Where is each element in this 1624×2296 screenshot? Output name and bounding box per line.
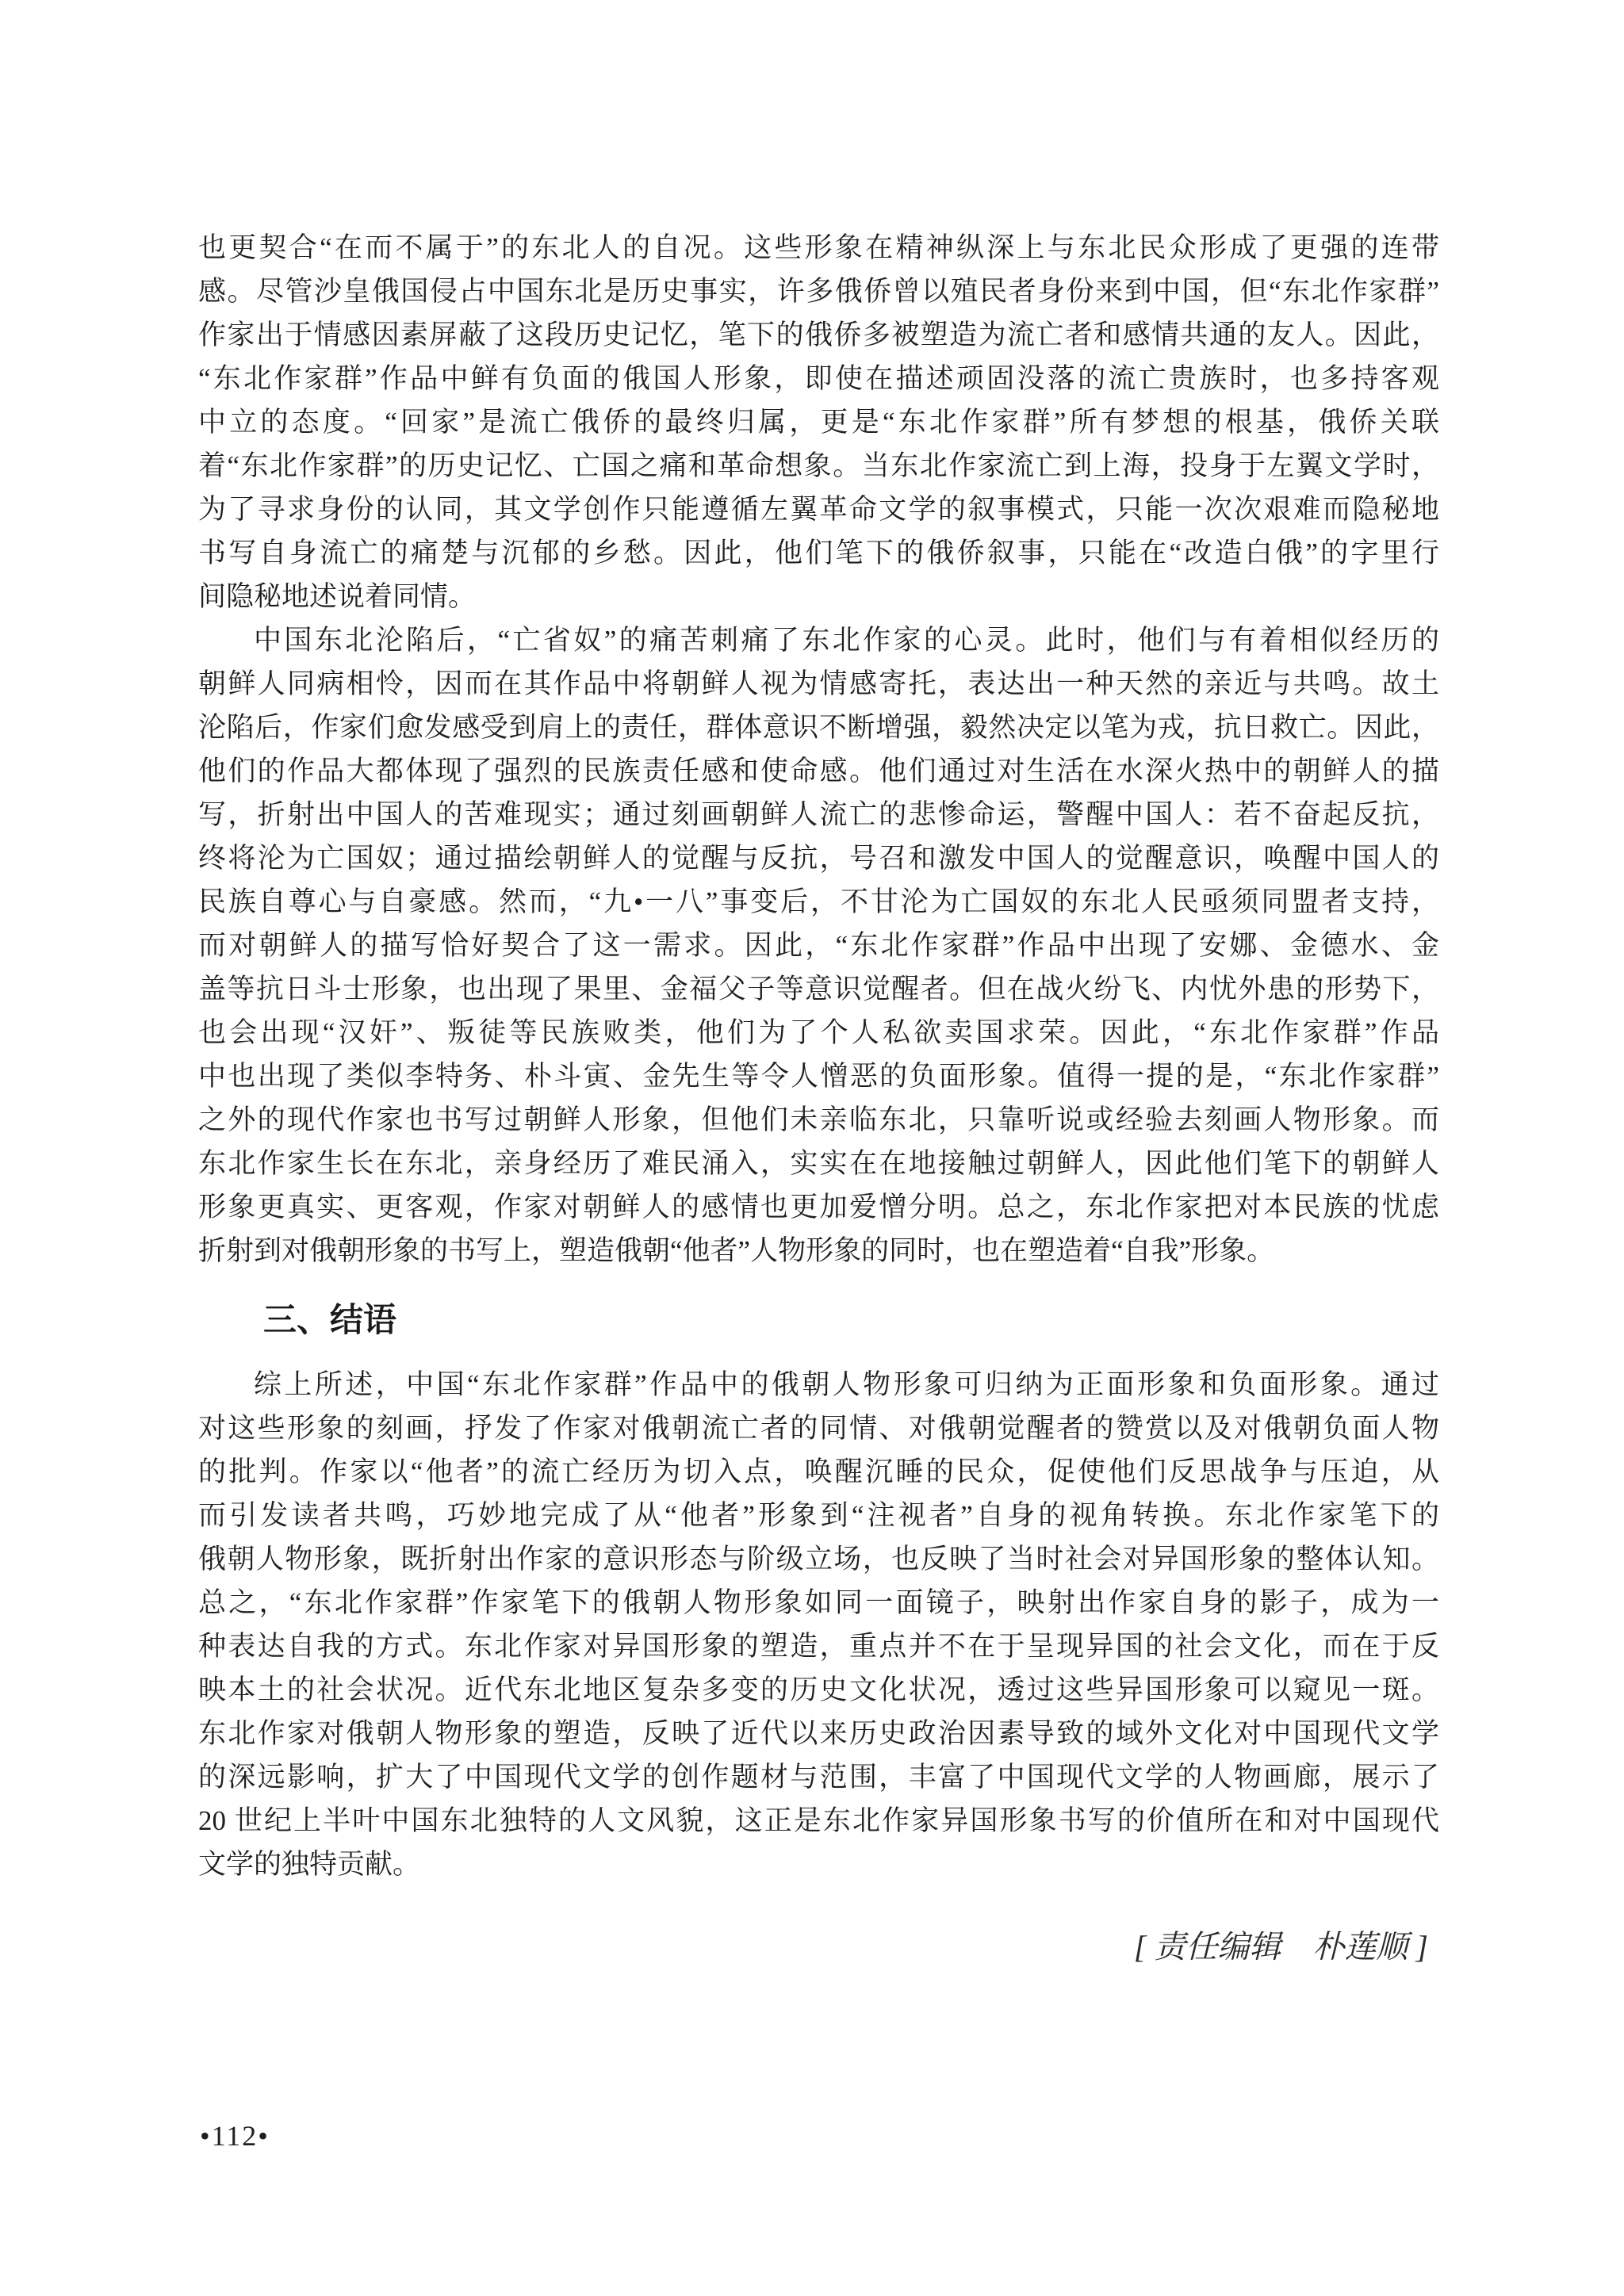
editor-credit: [ 责任编辑 朴莲顺 ] <box>198 1927 1439 1967</box>
text-line: 民族自尊心与自豪感。然而，“九•一八”事变后，不甘沦为亡国奴的东北人民亟须同盟者… <box>198 880 1439 924</box>
text-line: 终将沦为亡国奴；通过描绘朝鲜人的觉醒与反抗，号召和激发中国人的觉醒意识，唤醒中国… <box>198 836 1439 880</box>
text-line: 中也出现了类似李特务、朴斗寅、金先生等令人憎恶的负面形象。值得一提的是，“东北作… <box>198 1054 1439 1098</box>
body-paragraph: 也更契合“在而不属于”的东北人的自况。这些形象在精神纵深上与东北民众形成了更强的… <box>198 226 1439 618</box>
text-line: 作家出于情感因素屏蔽了这段历史记忆，笔下的俄侨多被塑造为流亡者和感情共通的友人。… <box>198 313 1439 357</box>
text-line: 俄朝人物形象，既折射出作家的意识形态与阶级立场，也反映了当时社会对异国形象的整体… <box>198 1537 1439 1581</box>
section-heading: 三、结语 <box>198 1298 1439 1342</box>
text-line: 中国东北沦陷后，“亡省奴”的痛苦刺痛了东北作家的心灵。此时，他们与有着相似经历的 <box>198 618 1439 662</box>
text-line: 沦陷后，作家们愈发感受到肩上的责任，群体意识不断增强，毅然决定以笔为戎，抗日救亡… <box>198 706 1439 749</box>
text-line: 对这些形象的刻画，抒发了作家对俄朝流亡者的同情、对俄朝觉醒者的赞赏以及对俄朝负面… <box>198 1406 1439 1450</box>
text-line: 盖等抗日斗士形象，也出现了果里、金福父子等意识觉醒者。但在战火纷飞、内忧外患的形… <box>198 967 1439 1011</box>
text-line: 也更契合“在而不属于”的东北人的自况。这些形象在精神纵深上与东北民众形成了更强的… <box>198 226 1439 270</box>
text-line: 间隐秘地述说着同情。 <box>198 575 1439 618</box>
text-line: 东北作家对俄朝人物形象的塑造，反映了近代以来历史政治因素导致的域外文化对中国现代… <box>198 1712 1439 1755</box>
text-line: 为了寻求身份的认同，其文学创作只能遵循左翼革命文学的叙事模式，只能一次次艰难而隐… <box>198 488 1439 531</box>
text-line: 也会出现“汉奸”、叛徒等民族败类，他们为了个人私欲卖国求荣。因此，“东北作家群”… <box>198 1011 1439 1054</box>
text-line: “东北作家群”作品中鲜有负面的俄国人形象，即使在描述顽固没落的流亡贵族时，也多持… <box>198 357 1439 400</box>
text-line: 感。尽管沙皇俄国侵占中国东北是历史事实，许多俄侨曾以殖民者身份来到中国，但“东北… <box>198 270 1439 313</box>
text-line: 的批判。作家以“他者”的流亡经历为切入点，唤醒沉睡的民众，促使他们反思战争与压迫… <box>198 1450 1439 1494</box>
body-paragraph: 综上所述，中国“东北作家群”作品中的俄朝人物形象可归纳为正面形象和负面形象。通过… <box>198 1363 1439 1886</box>
text-line: 形象更真实、更客观，作家对朝鲜人的感情也更加爱憎分明。总之，东北作家把对本民族的… <box>198 1185 1439 1229</box>
content-column: 也更契合“在而不属于”的东北人的自况。这些形象在精神纵深上与东北民众形成了更强的… <box>198 226 1439 1967</box>
text-line: 东北作家生长在东北，亲身经历了难民涌入，实实在在地接触过朝鲜人，因此他们笔下的朝… <box>198 1142 1439 1185</box>
text-line: 而对朝鲜人的描写恰好契合了这一需求。因此，“东北作家群”作品中出现了安娜、金德水… <box>198 924 1439 967</box>
text-line: 20 世纪上半叶中国东北独特的人文风貌，这正是东北作家异国形象书写的价值所在和对… <box>198 1799 1439 1843</box>
text-line: 之外的现代作家也书写过朝鲜人形象，但他们未亲临东北，只靠听说或经验去刻画人物形象… <box>198 1098 1439 1142</box>
body-paragraph: 中国东北沦陷后，“亡省奴”的痛苦刺痛了东北作家的心灵。此时，他们与有着相似经历的… <box>198 618 1439 1272</box>
document-page: 也更契合“在而不属于”的东北人的自况。这些形象在精神纵深上与东北民众形成了更强的… <box>0 0 1624 2296</box>
text-line: 映本土的社会状况。近代东北地区复杂多变的历史文化状况，透过这些异国形象可以窥见一… <box>198 1668 1439 1712</box>
text-line: 写，折射出中国人的苦难现实；通过刻画朝鲜人流亡的悲惨命运，警醒中国人：若不奋起反… <box>198 793 1439 836</box>
text-line: 书写自身流亡的痛楚与沉郁的乡愁。因此，他们笔下的俄侨叙事，只能在“改造白俄”的字… <box>198 531 1439 575</box>
text-line: 中立的态度。“回家”是流亡俄侨的最终归属，更是“东北作家群”所有梦想的根基，俄侨… <box>198 400 1439 444</box>
text-line: 综上所述，中国“东北作家群”作品中的俄朝人物形象可归纳为正面形象和负面形象。通过 <box>198 1363 1439 1406</box>
text-line: 的深远影响，扩大了中国现代文学的创作题材与范围，丰富了中国现代文学的人物画廊，展… <box>198 1755 1439 1799</box>
text-line: 而引发读者共鸣，巧妙地完成了从“他者”形象到“注视者”自身的视角转换。东北作家笔… <box>198 1494 1439 1537</box>
text-line: 着“东北作家群”的历史记忆、亡国之痛和革命想象。当东北作家流亡到上海，投身于左翼… <box>198 444 1439 488</box>
page-number: •112• <box>200 2118 270 2153</box>
text-line: 种表达自我的方式。东北作家对异国形象的塑造，重点并不在于呈现异国的社会文化，而在… <box>198 1624 1439 1668</box>
text-line: 折射到对俄朝形象的书写上，塑造俄朝“他者”人物形象的同时，也在塑造着“自我”形象… <box>198 1229 1439 1272</box>
text-line: 朝鲜人同病相怜，因而在其作品中将朝鲜人视为情感寄托，表达出一种天然的亲近与共鸣。… <box>198 662 1439 706</box>
text-line: 文学的独特贡献。 <box>198 1843 1439 1886</box>
text-line: 总之，“东北作家群”作家笔下的俄朝人物形象如同一面镜子，映射出作家自身的影子，成… <box>198 1581 1439 1624</box>
text-line: 他们的作品大都体现了强烈的民族责任感和使命感。他们通过对生活在水深火热中的朝鲜人… <box>198 749 1439 793</box>
